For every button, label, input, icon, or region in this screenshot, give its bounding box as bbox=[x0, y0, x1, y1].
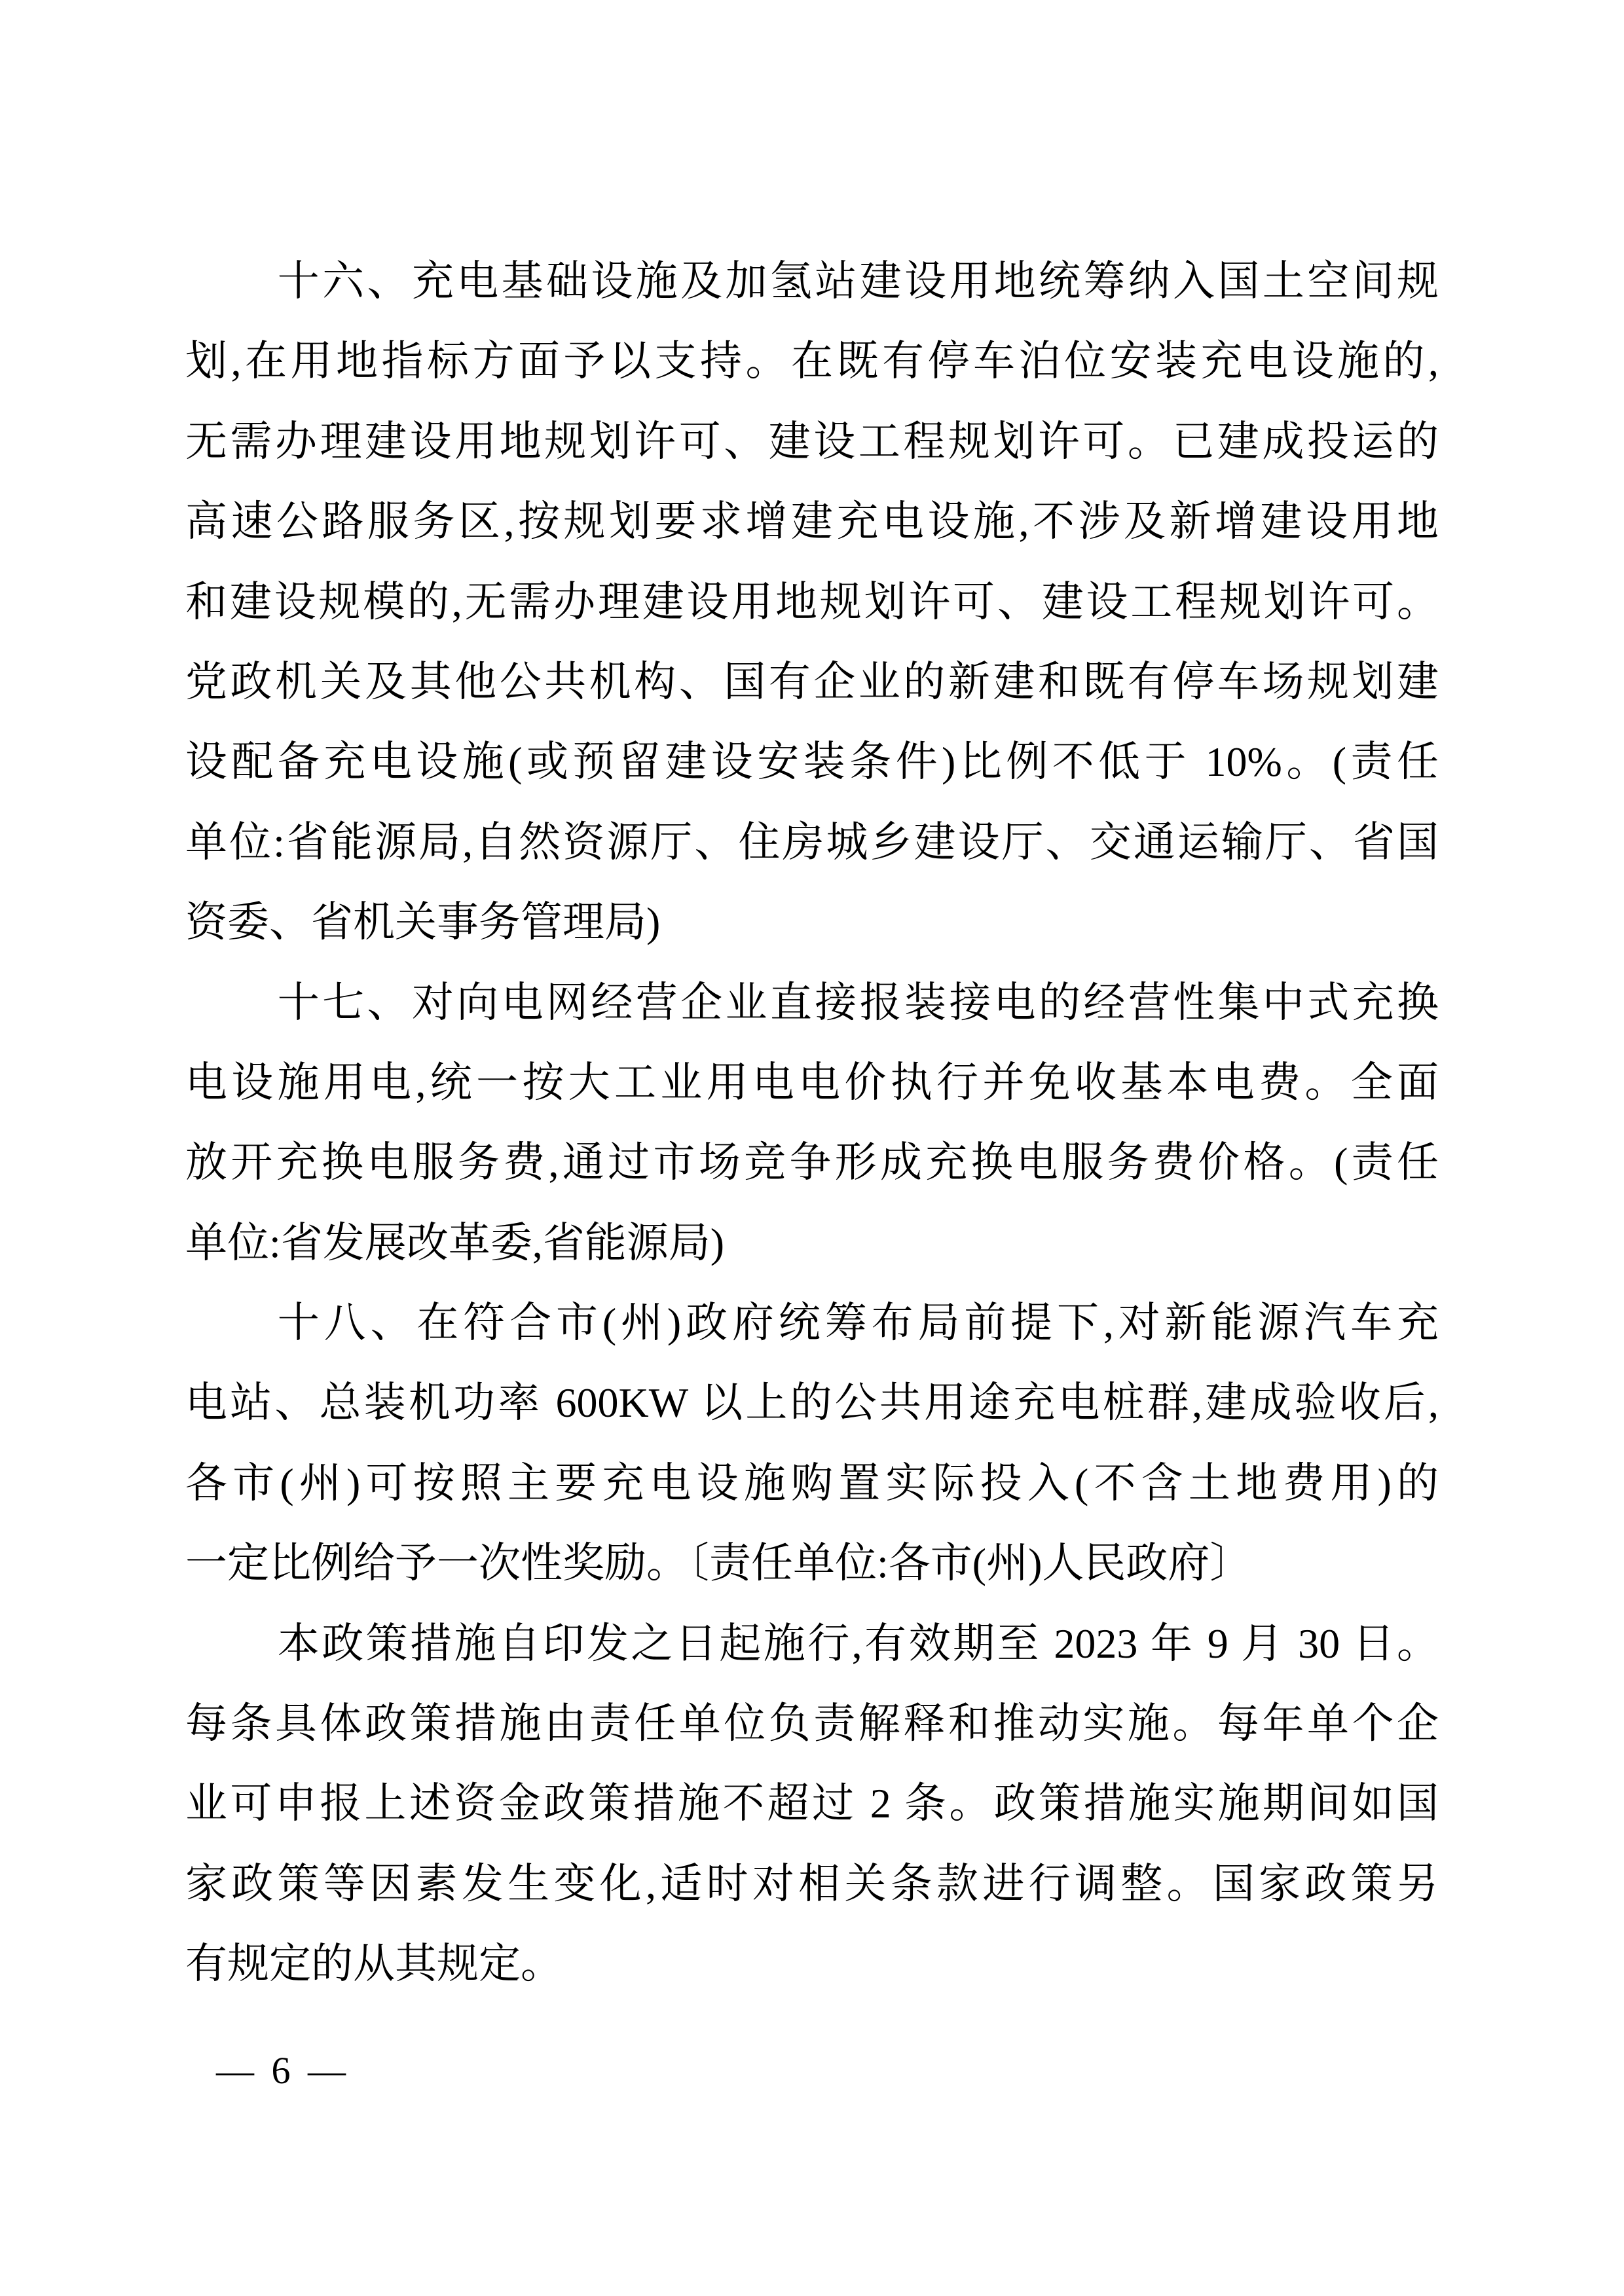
text-line: 每条具体政策措施由责任单位负责解释和推动实施。每年单个企 bbox=[185, 1684, 1439, 1764]
page-number: — 6 — bbox=[216, 2043, 350, 2099]
text-line: 一定比例给予一次性奖励。〔责任单位:各市(州)人民政府〕 bbox=[185, 1523, 1439, 1603]
paragraph-item-18: 十八、在符合市(州)政府统筹布局前提下,对新能源汽车充 电站、总装机功率 600… bbox=[185, 1283, 1439, 1604]
text-line: 无需办理建设用地规划许可、建设工程规划许可。已建成投运的 bbox=[185, 402, 1439, 482]
text-line: 单位:省发展改革委,省能源局) bbox=[185, 1203, 1439, 1283]
paragraph-closing: 本政策措施自印发之日起施行,有效期至 2023 年 9 月 30 日。 每条具体… bbox=[185, 1604, 1439, 2005]
text-line: 十八、在符合市(州)政府统筹布局前提下,对新能源汽车充 bbox=[185, 1283, 1439, 1363]
text-line: 划,在用地指标方面予以支持。在既有停车泊位安装充电设施的, bbox=[185, 321, 1439, 401]
text-line: 高速公路服务区,按规划要求增建充电设施,不涉及新增建设用地 bbox=[185, 482, 1439, 562]
text-line: 设配备充电设施(或预留建设安装条件)比例不低于 10%。(责任 bbox=[185, 722, 1439, 802]
text-line: 单位:省能源局,自然资源厅、住房城乡建设厅、交通运输厅、省国 bbox=[185, 803, 1439, 883]
text-line: 资委、省机关事务管理局) bbox=[185, 883, 1439, 962]
text-line: 有规定的从其规定。 bbox=[185, 1924, 1439, 2004]
text-line: 家政策等因素发生变化,适时对相关条款进行调整。国家政策另 bbox=[185, 1844, 1439, 1924]
document-page: 十六、充电基础设施及加氢站建设用地统筹纳入国土空间规 划,在用地指标方面予以支持… bbox=[0, 0, 1624, 2296]
paragraph-item-17: 十七、对向电网经营企业直接报装接电的经营性集中式充换 电设施用电,统一按大工业用… bbox=[185, 963, 1439, 1284]
text-line: 电设施用电,统一按大工业用电电价执行并免收基本电费。全面 bbox=[185, 1043, 1439, 1123]
text-line: 本政策措施自印发之日起施行,有效期至 2023 年 9 月 30 日。 bbox=[185, 1604, 1439, 1684]
text-line: 业可申报上述资金政策措施不超过 2 条。政策措施实施期间如国 bbox=[185, 1764, 1439, 1844]
text-line: 十七、对向电网经营企业直接报装接电的经营性集中式充换 bbox=[185, 963, 1439, 1043]
text-line: 放开充换电服务费,通过市场竞争形成充换电服务费价格。(责任 bbox=[185, 1123, 1439, 1203]
document-body: 十六、充电基础设施及加氢站建设用地统筹纳入国土空间规 划,在用地指标方面予以支持… bbox=[185, 242, 1439, 2005]
paragraph-item-16: 十六、充电基础设施及加氢站建设用地统筹纳入国土空间规 划,在用地指标方面予以支持… bbox=[185, 242, 1439, 963]
text-line: 电站、总装机功率 600KW 以上的公共用途充电桩群,建成验收后, bbox=[185, 1363, 1439, 1443]
text-line: 和建设规模的,无需办理建设用地规划许可、建设工程规划许可。 bbox=[185, 562, 1439, 642]
text-line: 党政机关及其他公共机构、国有企业的新建和既有停车场规划建 bbox=[185, 642, 1439, 722]
text-line: 十六、充电基础设施及加氢站建设用地统筹纳入国土空间规 bbox=[185, 242, 1439, 321]
text-line: 各市(州)可按照主要充电设施购置实际投入(不含土地费用)的 bbox=[185, 1444, 1439, 1523]
